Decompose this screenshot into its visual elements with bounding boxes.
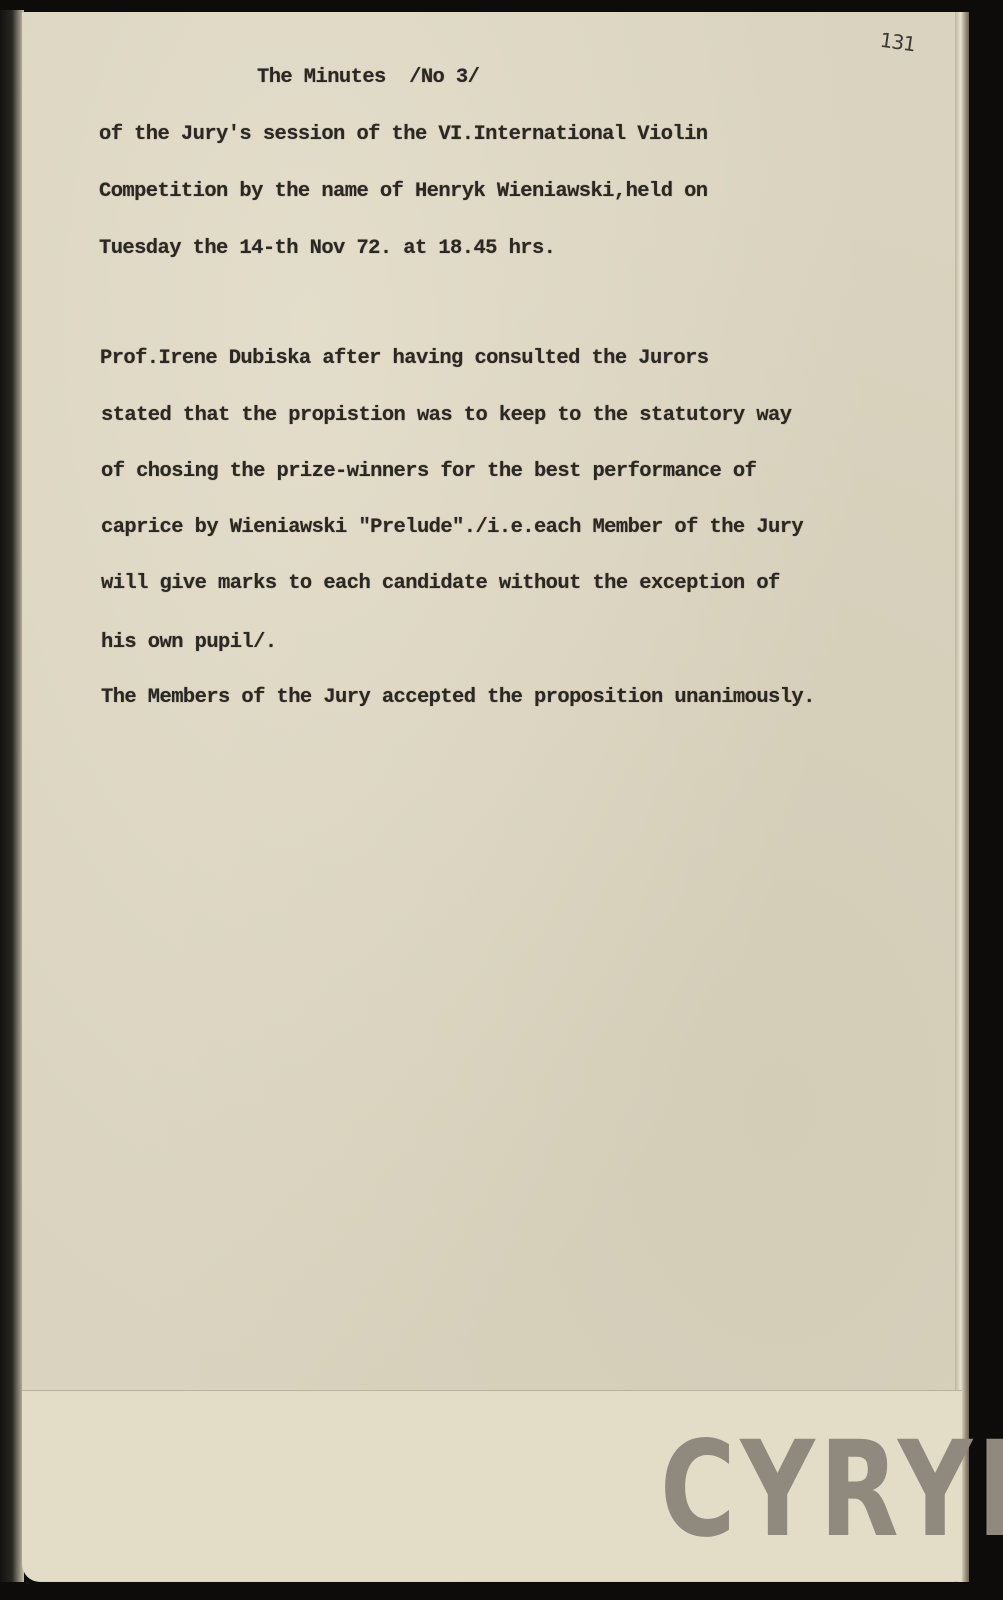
- body-line-4: caprice by Wieniawski "Prelude"./i.e.eac…: [101, 518, 803, 539]
- body-line-2: stated that the propistion was to keep t…: [101, 406, 791, 427]
- page-right-edge: [955, 12, 969, 1582]
- handwritten-page-number: 131: [879, 28, 917, 57]
- document-title: The Minutes /No 3/: [257, 68, 479, 89]
- page-binding-shadow: [0, 10, 24, 1582]
- header-line-2: Competition by the name of Henryk Wienia…: [99, 182, 708, 203]
- body-line-7: The Members of the Jury accepted the pro…: [101, 688, 815, 709]
- body-line-6: his own pupil/.: [101, 633, 277, 654]
- header-line-1: of the Jury's session of the VI.Internat…: [99, 125, 708, 146]
- header-line-3: Tuesday the 14-th Nov 72. at 18.45 hrs.: [99, 239, 555, 260]
- body-line-1: Prof.Irene Dubiska after having consulte…: [100, 349, 709, 370]
- cyryl-watermark-logo: CYRYL: [660, 1424, 1003, 1556]
- body-line-3: of chosing the prize-winners for the bes…: [101, 462, 756, 483]
- body-line-5: will give marks to each candidate withou…: [101, 574, 780, 595]
